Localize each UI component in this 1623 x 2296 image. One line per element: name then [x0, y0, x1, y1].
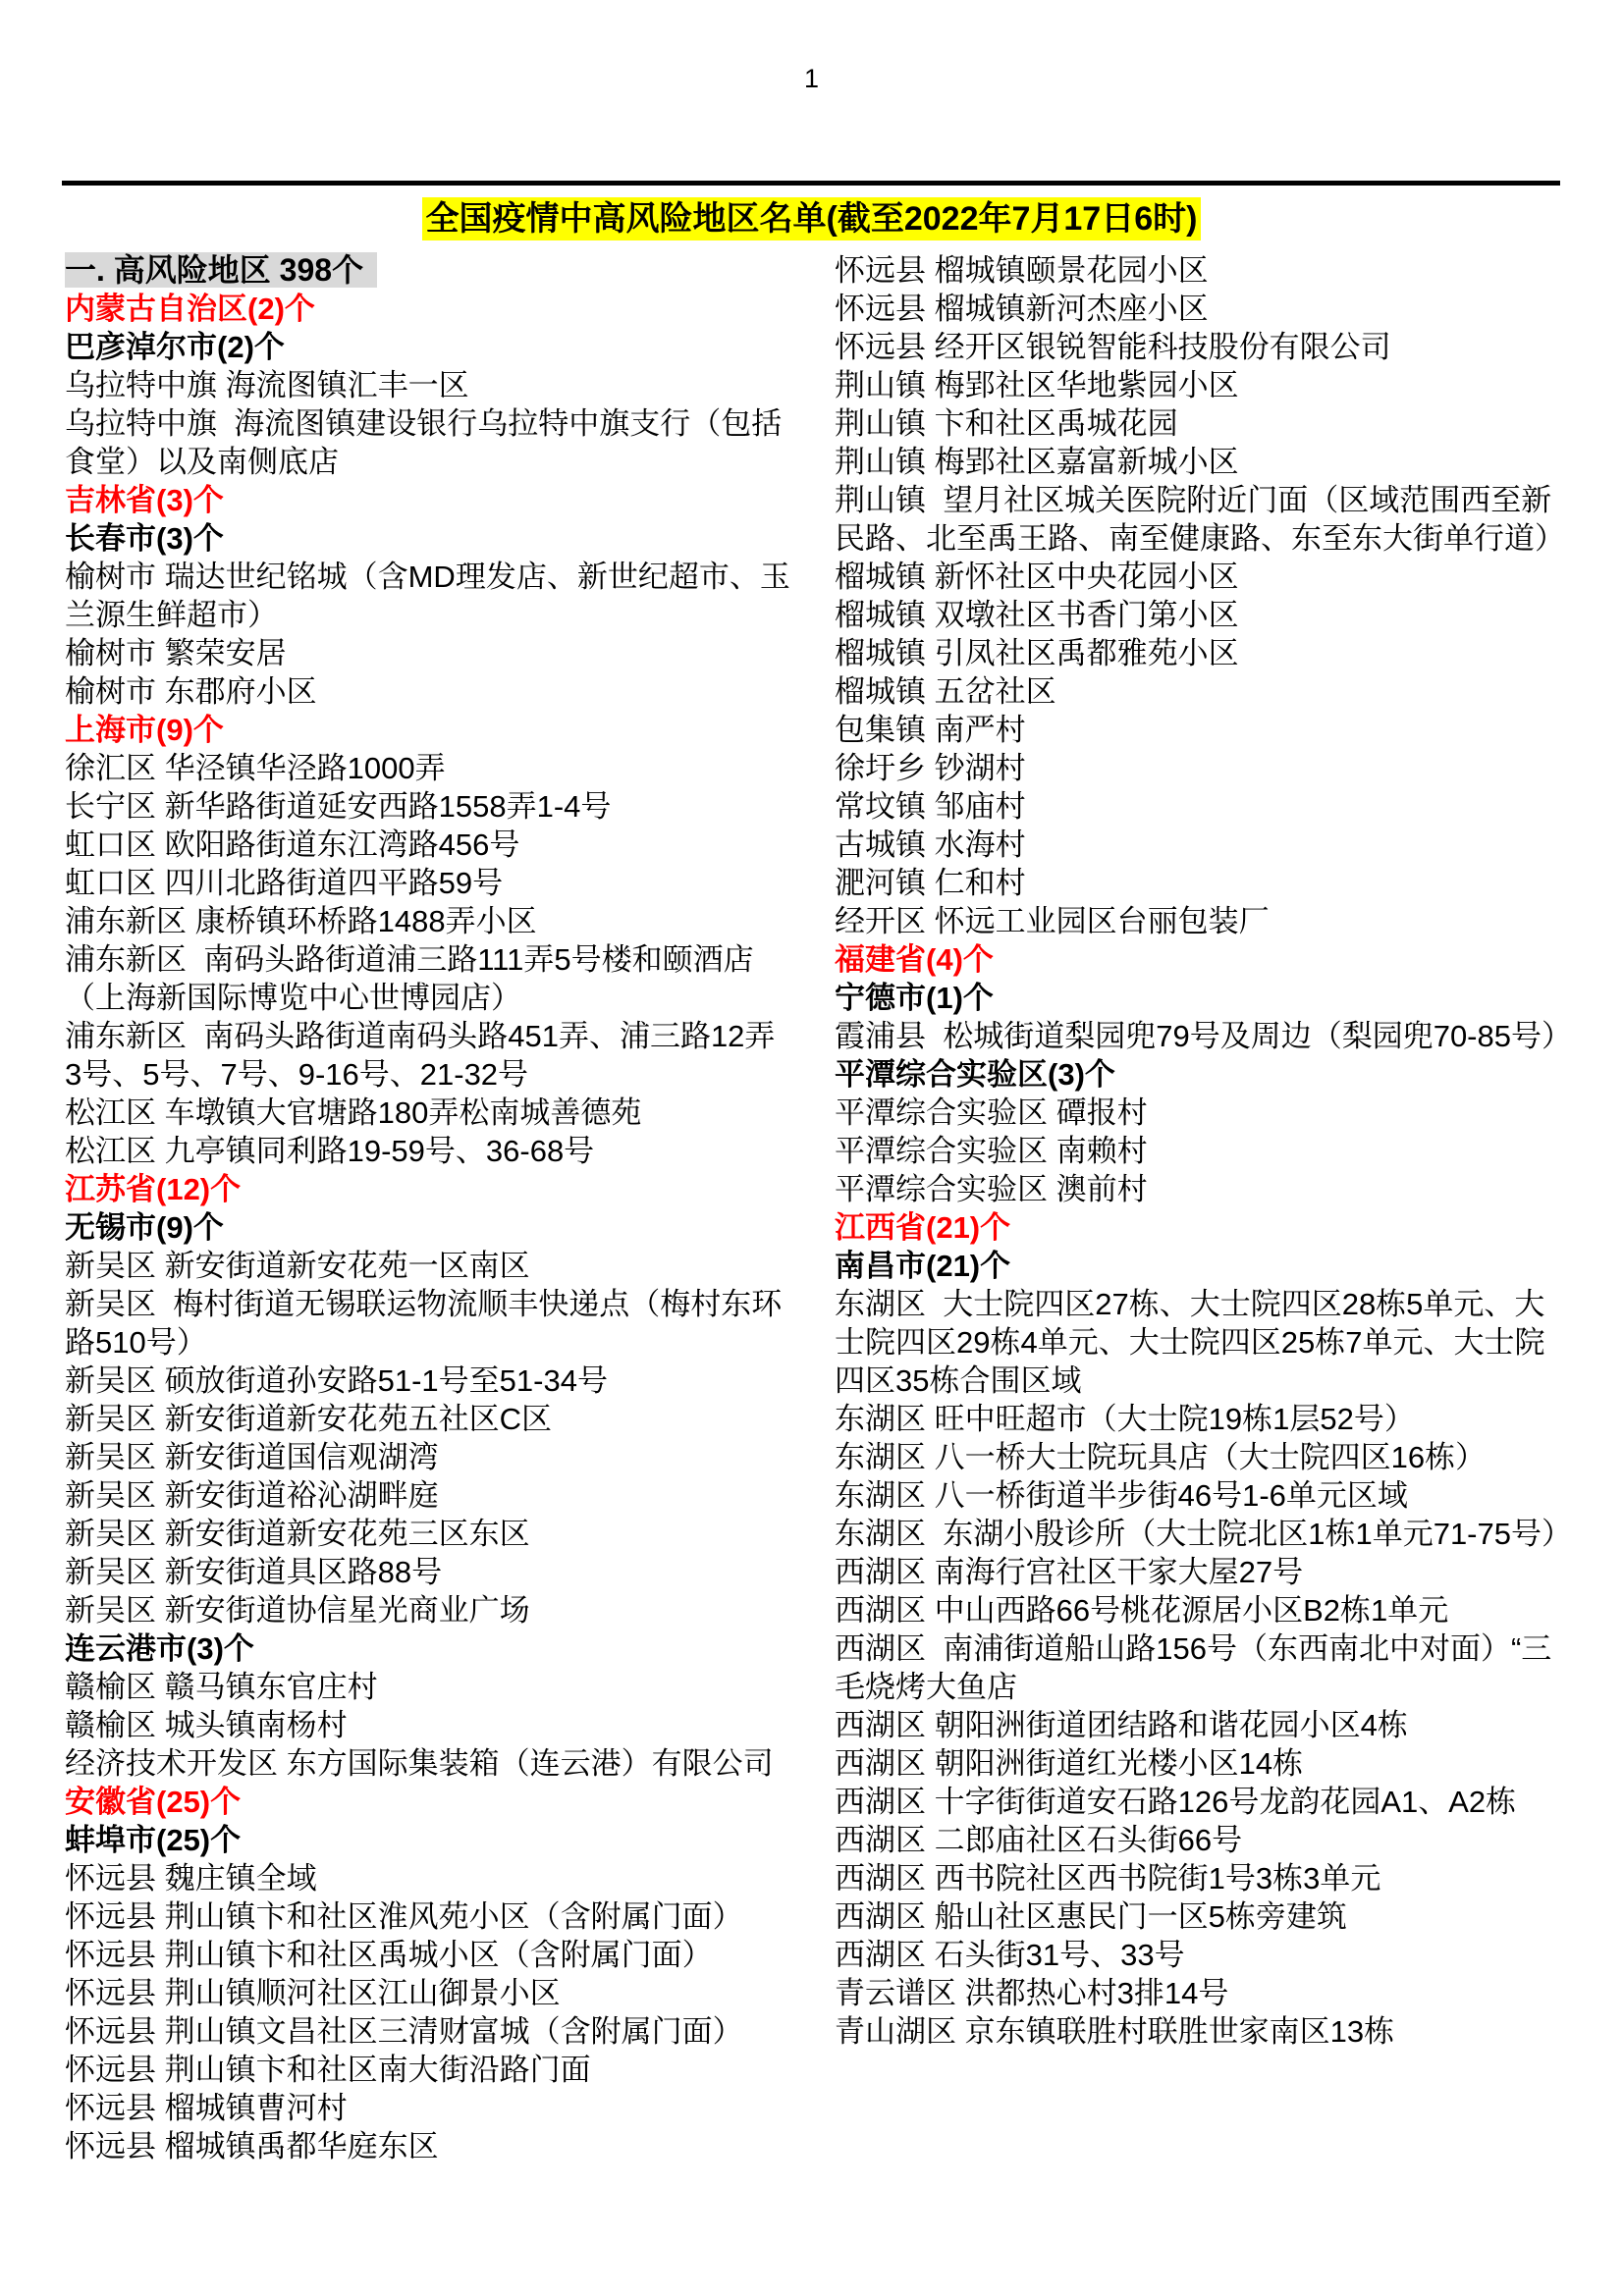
list-item: 经开区 怀远工业园区台丽包装厂 — [835, 902, 1561, 940]
list-item: 松江区 车墩镇大官塘路180弄松南城善德苑 — [65, 1094, 791, 1132]
list-item: 乌拉特中旗 海流图镇汇丰一区 — [65, 366, 791, 404]
page-number: 1 — [0, 63, 1623, 94]
list-item: 榴城镇 新怀社区中央花园小区 — [835, 558, 1561, 596]
list-item: 西湖区 南浦街道船山路156号（东西南北中对面）“三毛烧烤大鱼店 — [835, 1629, 1561, 1706]
list-item: 榴城镇 引凤社区禹都雅苑小区 — [835, 634, 1561, 672]
province-heading: 吉林省(3)个 — [65, 481, 791, 519]
list-item: 新吴区 新安街道具区路88号 — [65, 1553, 791, 1591]
list-item: 淝河镇 仁和村 — [835, 864, 1561, 902]
list-item: 平潭综合实验区 澳前村 — [835, 1170, 1561, 1208]
list-item: 常坟镇 邹庙村 — [835, 787, 1561, 826]
list-item: 怀远县 经开区银锐智能科技股份有限公司 — [835, 328, 1561, 366]
province-heading: 内蒙古自治区(2)个 — [65, 290, 791, 328]
city-heading: 宁德市(1)个 — [835, 979, 1561, 1017]
city-heading: 蚌埠市(25)个 — [65, 1821, 791, 1859]
list-item: 徐汇区 华泾镇华泾路1000弄 — [65, 749, 791, 787]
list-item: 东湖区 八一桥大士院玩具店（大士院四区16栋） — [835, 1438, 1561, 1476]
list-item: 怀远县 荆山镇文昌社区三清财富城（含附属门面） — [65, 2012, 791, 2051]
document-title: 全国疫情中高风险地区名单(截至2022年7月17日6时) — [422, 197, 1202, 240]
list-item: 包集镇 南严村 — [835, 711, 1561, 749]
list-item: 荆山镇 梅郢社区嘉富新城小区 — [835, 443, 1561, 481]
list-item: 榆树市 东郡府小区 — [65, 672, 791, 711]
province-heading: 江苏省(12)个 — [65, 1170, 791, 1208]
list-item: 新吴区 新安街道新安花苑三区东区 — [65, 1515, 791, 1553]
list-item: 荆山镇 望月社区城关医院附近门面（区域范围西至新民路、北至禹王路、南至健康路、东… — [835, 481, 1561, 558]
list-item: 西湖区 朝阳洲街道红光楼小区14栋 — [835, 1744, 1561, 1783]
section-heading-highlight: 一. 高风险地区 398个 — [65, 252, 377, 288]
list-item: 怀远县 榴城镇颐景花园小区 — [835, 251, 1561, 290]
list-item: 西湖区 石头街31号、33号 — [835, 1936, 1561, 1974]
list-item: 怀远县 荆山镇卞和社区南大街沿路门面 — [65, 2051, 791, 2089]
list-item: 经济技术开发区 东方国际集装箱（连云港）有限公司 — [65, 1744, 791, 1783]
list-item: 古城镇 水海村 — [835, 826, 1561, 864]
list-item: 赣榆区 城头镇南杨村 — [65, 1706, 791, 1744]
list-item: 青山湖区 京东镇联胜村联胜世家南区13栋 — [835, 2012, 1561, 2051]
list-item: 东湖区 旺中旺超市（大士院19栋1层52号） — [835, 1400, 1561, 1438]
list-item: 西湖区 西书院社区西书院街1号3栋3单元 — [835, 1859, 1561, 1897]
section-heading: 一. 高风险地区 398个 — [65, 251, 791, 290]
province-heading: 上海市(9)个 — [65, 711, 791, 749]
list-item: 新吴区 新安街道裕沁湖畔庭 — [65, 1476, 791, 1515]
list-item: 榴城镇 五岔社区 — [835, 672, 1561, 711]
list-item: 怀远县 榴城镇新河杰座小区 — [835, 290, 1561, 328]
list-item: 新吴区 新安街道新安花苑五社区C区 — [65, 1400, 791, 1438]
list-item: 新吴区 硕放街道孙安路51-1号至51-34号 — [65, 1362, 791, 1400]
list-item: 赣榆区 赣马镇东官庄村 — [65, 1668, 791, 1706]
list-item: 浦东新区 康桥镇环桥路1488弄小区 — [65, 902, 791, 940]
list-item: 荆山镇 卞和社区禹城花园 — [835, 404, 1561, 443]
list-item: 新吴区 新安街道协信星光商业广场 — [65, 1591, 791, 1629]
list-item: 浦东新区 南码头路街道南码头路451弄、浦三路12弄3号、5号、7号、9-16号… — [65, 1017, 791, 1094]
list-item: 怀远县 荆山镇卞和社区淮风苑小区（含附属门面） — [65, 1897, 791, 1936]
list-item: 榴城镇 双墩社区书香门第小区 — [835, 596, 1561, 634]
list-item: 西湖区 中山西路66号桃花源居小区B2栋1单元 — [835, 1591, 1561, 1629]
list-item: 东湖区 大士院四区27栋、大士院四区28栋5单元、大士院四区29栋4单元、大士院… — [835, 1285, 1561, 1400]
city-heading: 连云港市(3)个 — [65, 1629, 791, 1668]
right-column: 怀远县 榴城镇颐景花园小区怀远县 榴城镇新河杰座小区怀远县 经开区银锐智能科技股… — [835, 251, 1561, 2165]
city-heading: 平潭综合实验区(3)个 — [835, 1055, 1561, 1094]
list-item: 怀远县 榴城镇曹河村 — [65, 2089, 791, 2127]
list-item: 新吴区 新安街道国信观湖湾 — [65, 1438, 791, 1476]
city-heading: 长春市(3)个 — [65, 519, 791, 558]
list-item: 西湖区 十字街街道安石路126号龙韵花园A1、A2栋 — [835, 1783, 1561, 1821]
list-item: 新吴区 新安街道新安花苑一区南区 — [65, 1247, 791, 1285]
left-column: 一. 高风险地区 398个内蒙古自治区(2)个巴彦淖尔市(2)个乌拉特中旗 海流… — [65, 251, 791, 2165]
province-heading: 江西省(21)个 — [835, 1208, 1561, 1247]
list-item: 怀远县 魏庄镇全域 — [65, 1859, 791, 1897]
list-item: 平潭综合实验区 南赖村 — [835, 1132, 1561, 1170]
list-item: 松江区 九亭镇同利路19-59号、36-68号 — [65, 1132, 791, 1170]
list-item: 新吴区 梅村街道无锡联运物流顺丰快递点（梅村东环路510号） — [65, 1285, 791, 1362]
header-rule — [62, 181, 1560, 186]
list-item: 浦东新区 南码头路街道浦三路111弄5号楼和颐酒店（上海新国际博览中心世博园店） — [65, 940, 791, 1017]
list-item: 怀远县 荆山镇卞和社区禹城小区（含附属门面） — [65, 1936, 791, 1974]
list-item: 西湖区 二郎庙社区石头街66号 — [835, 1821, 1561, 1859]
city-heading: 南昌市(21)个 — [835, 1247, 1561, 1285]
list-item: 霞浦县 松城街道梨园兜79号及周边（梨园兜70-85号） — [835, 1017, 1561, 1055]
list-item: 西湖区 朝阳洲街道团结路和谐花园小区4栋 — [835, 1706, 1561, 1744]
list-item: 榆树市 瑞达世纪铭城（含MD理发店、新世纪超市、玉兰源生鲜超市） — [65, 558, 791, 634]
list-item: 虹口区 欧阳路街道东江湾路456号 — [65, 826, 791, 864]
content-columns: 一. 高风险地区 398个内蒙古自治区(2)个巴彦淖尔市(2)个乌拉特中旗 海流… — [65, 251, 1561, 2165]
list-item: 榆树市 繁荣安居 — [65, 634, 791, 672]
list-item: 虹口区 四川北路街道四平路59号 — [65, 864, 791, 902]
list-item: 怀远县 榴城镇禹都华庭东区 — [65, 2127, 791, 2165]
list-item: 东湖区 东湖小殷诊所（大士院北区1栋1单元71-75号） — [835, 1515, 1561, 1553]
list-item: 荆山镇 梅郢社区华地紫园小区 — [835, 366, 1561, 404]
list-item: 乌拉特中旗 海流图镇建设银行乌拉特中旗支行（包括食堂）以及南侧底店 — [65, 404, 791, 481]
list-item: 徐圩乡 钞湖村 — [835, 749, 1561, 787]
title-row: 全国疫情中高风险地区名单(截至2022年7月17日6时) — [0, 197, 1623, 240]
list-item: 西湖区 南海行宫社区干家大屋27号 — [835, 1553, 1561, 1591]
city-heading: 无锡市(9)个 — [65, 1208, 791, 1247]
province-heading: 安徽省(25)个 — [65, 1783, 791, 1821]
province-heading: 福建省(4)个 — [835, 940, 1561, 979]
city-heading: 巴彦淖尔市(2)个 — [65, 328, 791, 366]
list-item: 青云谱区 洪都热心村3排14号 — [835, 1974, 1561, 2012]
list-item: 西湖区 船山社区惠民门一区5栋旁建筑 — [835, 1897, 1561, 1936]
list-item: 东湖区 八一桥街道半步街46号1-6单元区域 — [835, 1476, 1561, 1515]
list-item: 怀远县 荆山镇顺河社区江山御景小区 — [65, 1974, 791, 2012]
list-item: 长宁区 新华路街道延安西路1558弄1-4号 — [65, 787, 791, 826]
list-item: 平潭综合实验区 磹报村 — [835, 1094, 1561, 1132]
